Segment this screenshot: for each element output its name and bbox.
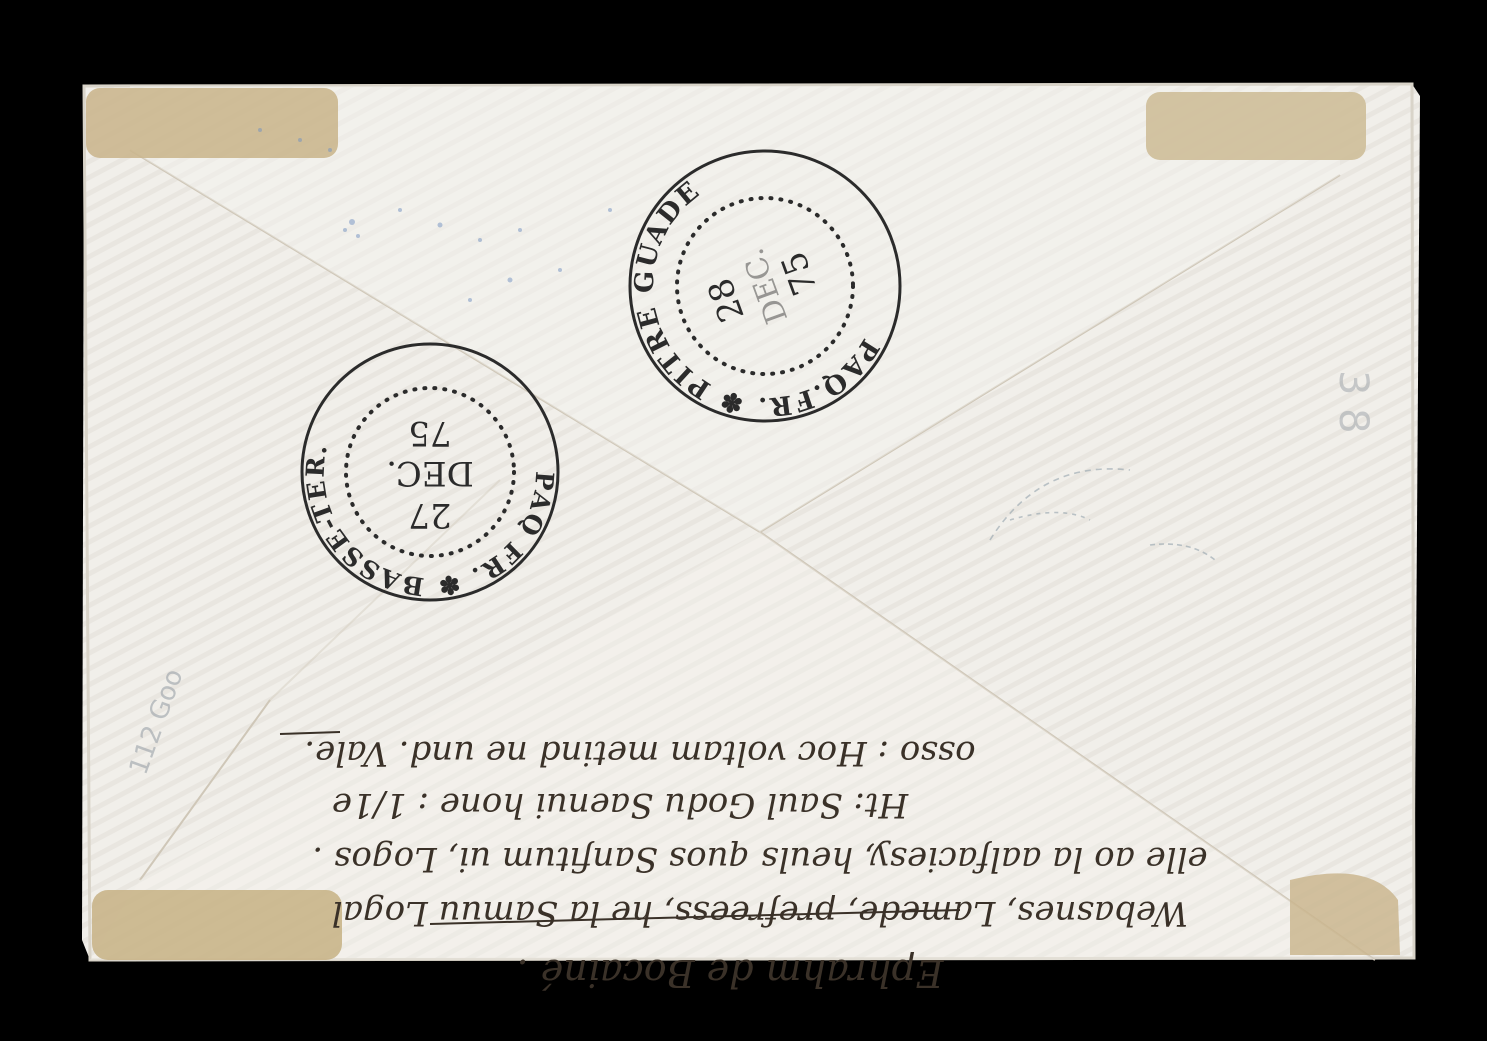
basse-terre-year: 75 bbox=[408, 413, 451, 453]
manuscript-line-2: Webasnes, Lamede, prefreess, he la Samuu… bbox=[332, 893, 1188, 933]
pencil-note-right-margin: 3 8 bbox=[1330, 370, 1376, 434]
manuscript-line-5: osso : Hoc voltam metind ne und. Vale. bbox=[304, 733, 975, 773]
basse-terre-day: 27 bbox=[408, 495, 451, 535]
envelope: 112 Goo 3 8 PAQ.FR. ✽ PITRE GUADE 28 DEC… bbox=[82, 84, 1420, 995]
manuscript-line-4: Ht: Saul Godu Saenui hone : 1/1e bbox=[332, 785, 909, 825]
manuscript-line-3: elle ao la aalfaciesy, heuls quos Sanfit… bbox=[312, 839, 1207, 879]
hinge-bottom-right bbox=[1290, 873, 1400, 955]
basse-terre-month: DEC. bbox=[386, 453, 474, 493]
manuscript-line-1: Ephrahm de Bocainé . bbox=[517, 951, 945, 995]
envelope-photo: 112 Goo 3 8 PAQ.FR. ✽ PITRE GUADE 28 DEC… bbox=[0, 0, 1487, 1041]
hinge-bottom-left bbox=[92, 890, 342, 960]
hinge-top-left bbox=[86, 88, 338, 158]
hinge-top-right bbox=[1146, 92, 1366, 160]
